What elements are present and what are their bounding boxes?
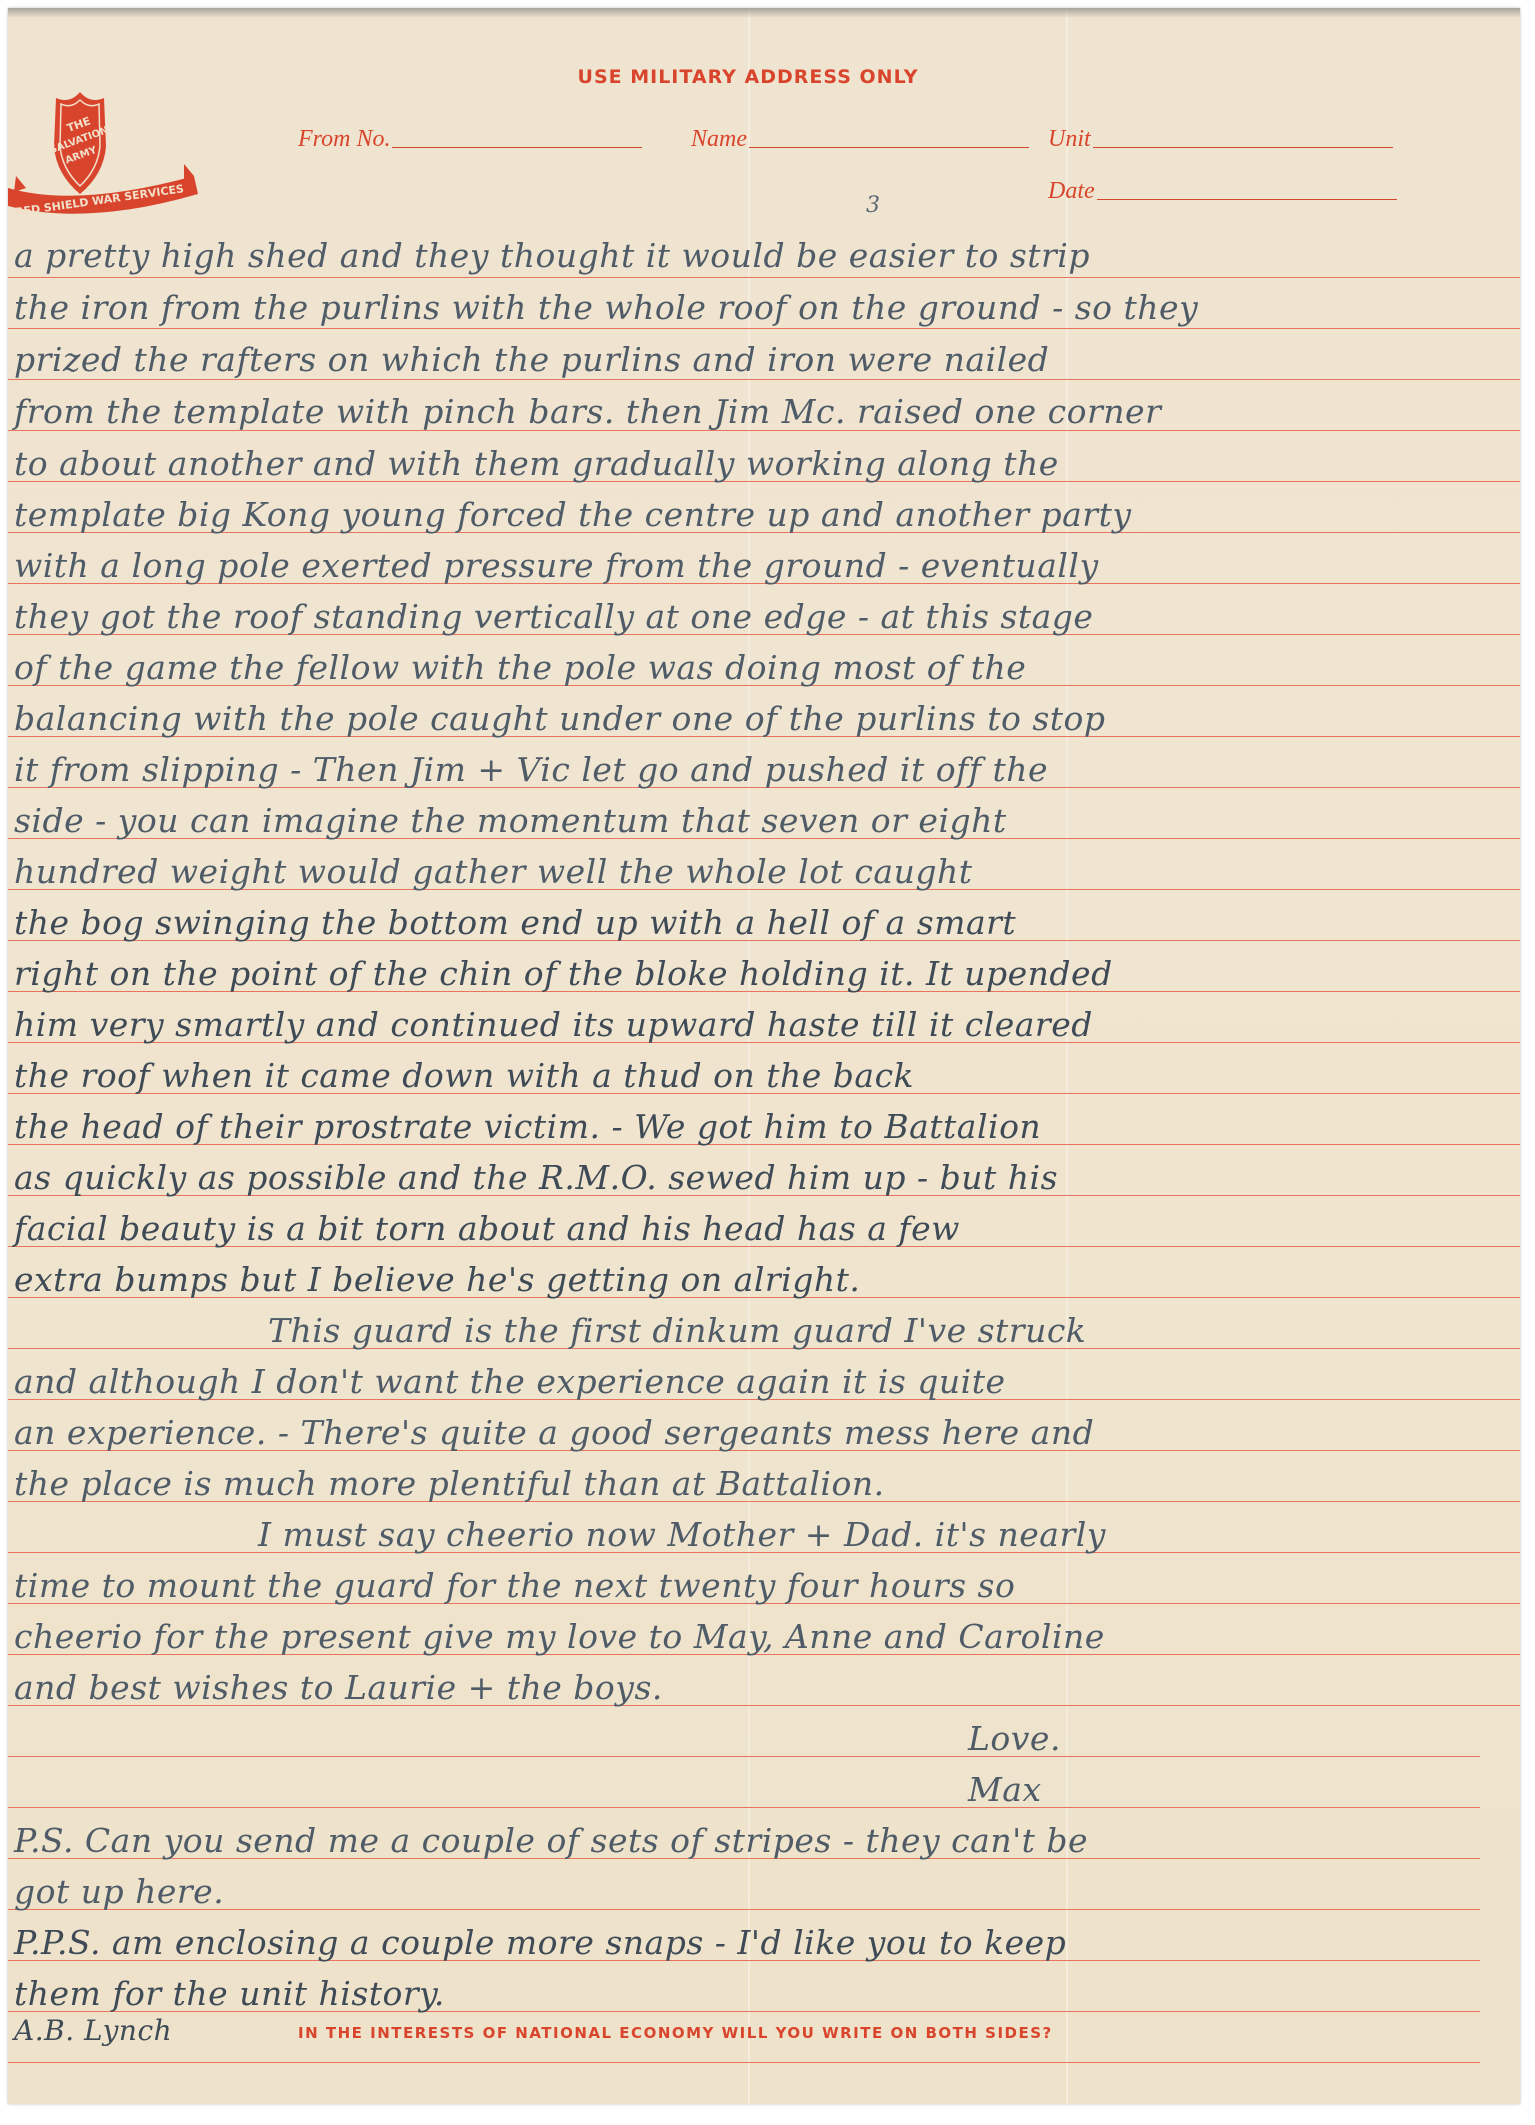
letter-line: and although I don't want the experience…	[14, 1362, 1006, 1401]
letterhead-title: USE MILITARY ADDRESS ONLY	[8, 66, 1488, 88]
signature-initials: A.B. Lynch	[14, 2014, 172, 2047]
from-no-label: From No.	[298, 126, 390, 153]
letter-line: it from slipping - Then Jim + Vic let go…	[14, 750, 1048, 789]
ruled-line	[8, 2062, 1480, 2063]
date-label: Date	[1048, 178, 1095, 205]
letter-line: as quickly as possible and the R.M.O. se…	[14, 1158, 1058, 1197]
letter-line: extra bumps but I believe he's getting o…	[14, 1260, 860, 1299]
ruled-line	[8, 328, 1520, 329]
letter-line: they got the roof standing vertically at…	[14, 597, 1093, 636]
unit-field: Unit	[1048, 126, 1393, 153]
footer-notice: IN THE INTERESTS OF NATIONAL ECONOMY WIL…	[298, 2024, 1053, 2042]
closing-love: Love.	[968, 1719, 1061, 1758]
letter-line: to about another and with them gradually…	[14, 444, 1059, 483]
salvation-army-shield-logo-icon: THE SALVATION ARMY RED SHIELD WAR SERVIC…	[8, 76, 208, 226]
postscript-line: got up here.	[14, 1872, 224, 1911]
letter-line: the roof when it came down with a thud o…	[14, 1056, 914, 1095]
unit-label: Unit	[1048, 126, 1091, 153]
letter-line: This guard is the first dinkum guard I'v…	[268, 1311, 1086, 1350]
letter-line: the bog swinging the bottom end up with …	[14, 903, 1016, 942]
postscript-line: P.P.S. am enclosing a couple more snaps …	[14, 1923, 1066, 1962]
letter-line: with a long pole exerted pressure from t…	[14, 546, 1099, 585]
ruled-line	[8, 277, 1520, 278]
ruled-line	[8, 379, 1520, 380]
letter-line: side - you can imagine the momentum that…	[14, 801, 1007, 840]
letter-line: facial beauty is a bit torn about and hi…	[14, 1209, 960, 1248]
letter-line: an experience. - There's quite a good se…	[14, 1413, 1094, 1452]
letter-line: the iron from the purlins with the whole…	[14, 288, 1198, 327]
page-number: 3	[866, 193, 880, 218]
signature-max: Max	[968, 1770, 1042, 1809]
letter-line: the place is much more plentiful than at…	[14, 1464, 885, 1503]
letter-line: him very smartly and continued its upwar…	[14, 1005, 1093, 1044]
letter-line: a pretty high shed and they thought it w…	[14, 236, 1090, 275]
ruled-line	[8, 1807, 1480, 1808]
postscript-line: P.S. Can you send me a couple of sets of…	[14, 1821, 1088, 1860]
letter-line: I must say cheerio now Mother + Dad. it'…	[258, 1515, 1106, 1554]
date-blank	[1097, 199, 1397, 200]
letter-line: prized the rafters on which the purlins …	[14, 340, 1049, 379]
ruled-line	[8, 1756, 1480, 1757]
date-field: Date	[1048, 178, 1397, 205]
from-no-field: From No.	[298, 126, 642, 153]
name-label: Name	[691, 126, 747, 153]
letter-line: balancing with the pole caught under one…	[14, 699, 1106, 738]
letter-line: template big Kong young forced the centr…	[14, 495, 1131, 534]
name-blank	[749, 147, 1029, 148]
unit-blank	[1093, 147, 1393, 148]
letter-line: the head of their prostrate victim. - We…	[14, 1107, 1041, 1146]
letter-line: from the template with pinch bars. then …	[14, 392, 1161, 431]
letter-line: of the game the fellow with the pole was…	[14, 648, 1026, 687]
letter-line: right on the point of the chin of the bl…	[14, 954, 1113, 993]
letter-line: hundred weight would gather well the who…	[14, 852, 972, 891]
postscript-line: them for the unit history.	[14, 1974, 445, 2013]
letter-page: USE MILITARY ADDRESS ONLY THE SALVATION …	[8, 8, 1520, 2104]
letter-line: and best wishes to Laurie + the boys.	[14, 1668, 663, 1707]
ruled-line	[8, 1909, 1480, 1910]
name-field: Name	[691, 126, 1029, 153]
letter-line: cheerio for the present give my love to …	[14, 1617, 1105, 1656]
from-no-blank	[392, 147, 642, 148]
letter-line: time to mount the guard for the next twe…	[14, 1566, 1015, 1605]
